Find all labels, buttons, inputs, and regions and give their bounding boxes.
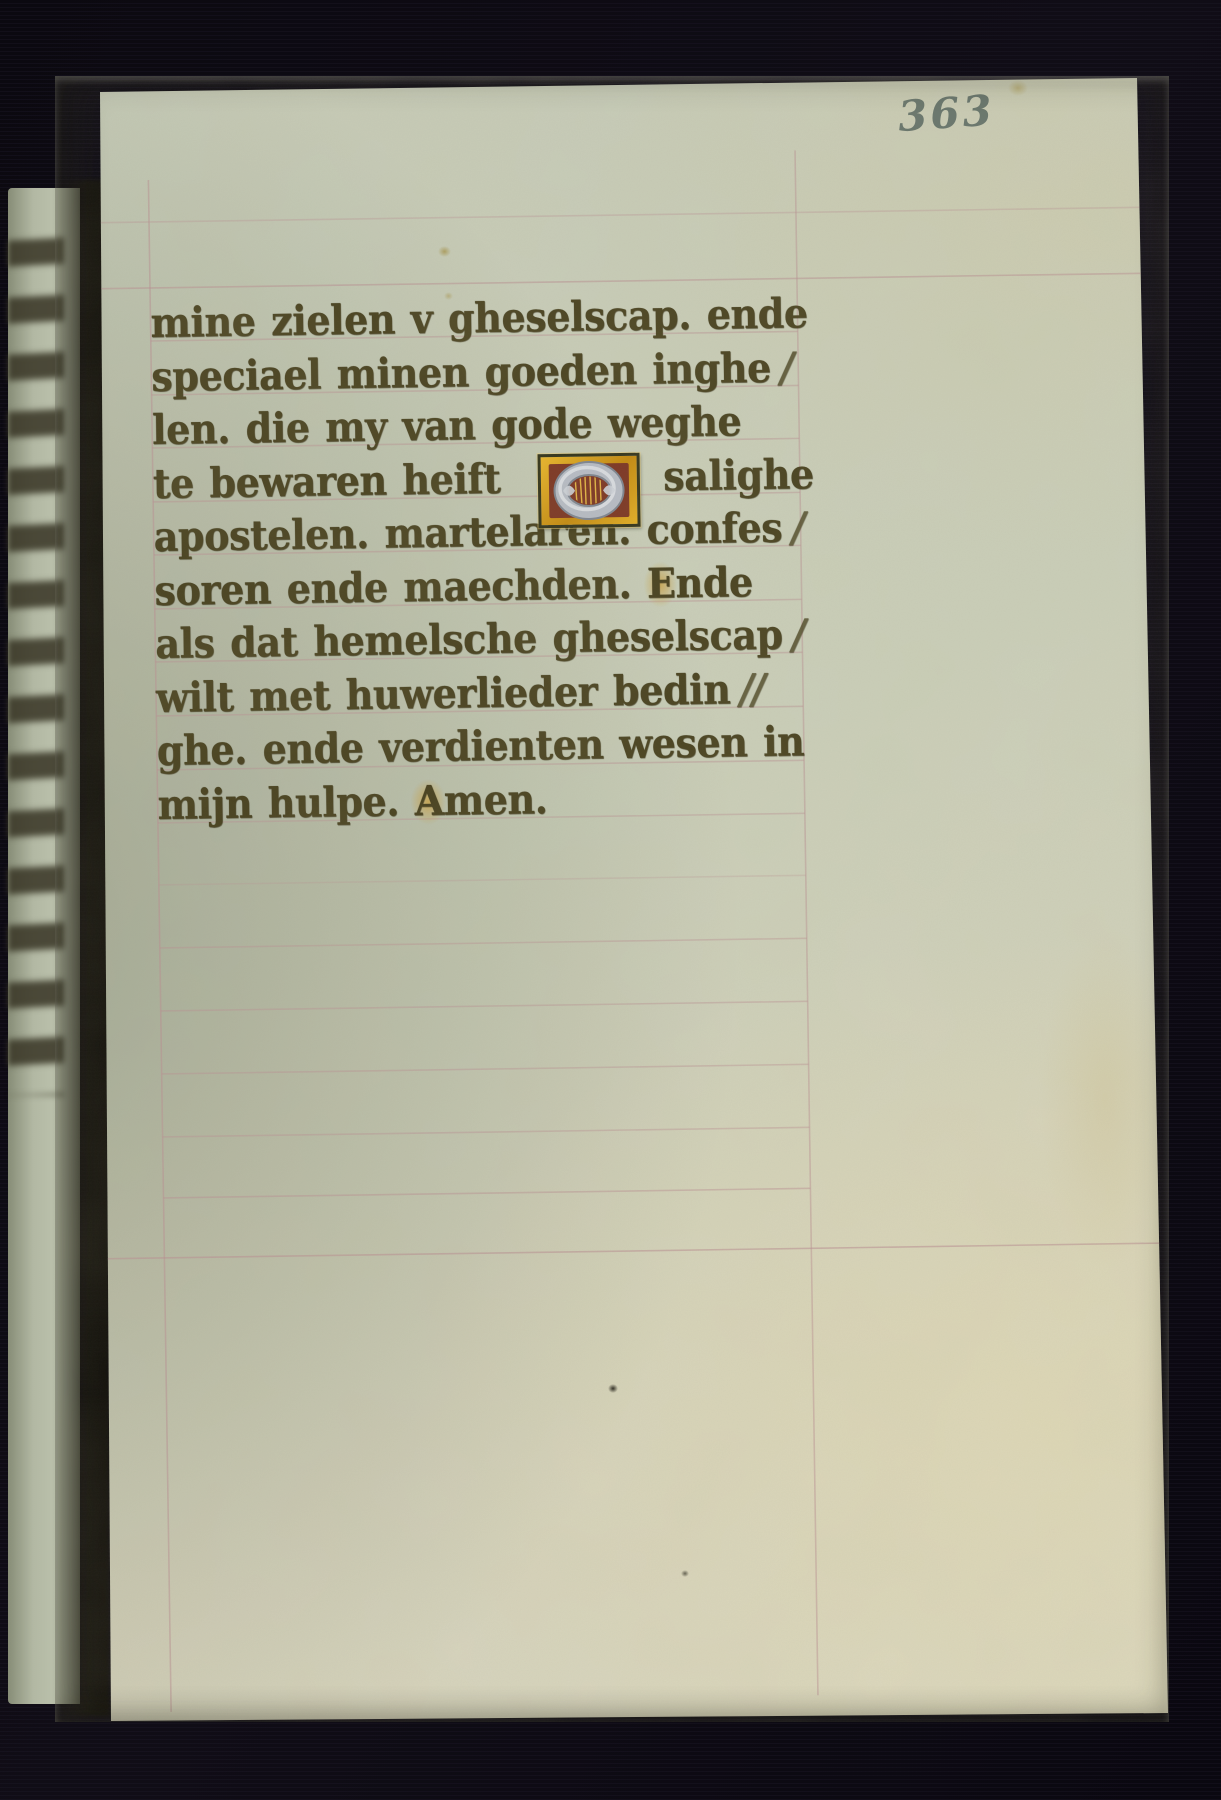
yellow-washed-capital: A (414, 777, 444, 825)
manuscript-page: mine zielen v gheselscap. ende speciael … (55, 76, 1169, 1722)
illuminated-initial-O: O (538, 453, 641, 529)
text-block: mine zielen v gheselscap. ende speciael … (0, 0, 1221, 1800)
ruling-lines (0, 0, 1221, 1800)
folio-number: 363 (896, 84, 1019, 141)
text-line-1: mine zielen v gheselscap. ende (150, 288, 817, 352)
text-line-7: als dat hemelsche gheselscap/ (155, 609, 805, 673)
initial-artwork (541, 456, 638, 525)
text-line-5: apostelen. martelaren. confes/ (153, 502, 804, 566)
manuscript-photo: mine zielen v gheselscap. ende speciael … (0, 0, 1221, 1800)
yellow-washed-capital: E (647, 559, 676, 607)
text-line-10: mijn hulpe. Amen. (157, 774, 548, 834)
text-line-3: len. die my van gode weghe (152, 396, 751, 459)
text-line-9: ghe. ende verdienten wesen in (156, 716, 814, 780)
